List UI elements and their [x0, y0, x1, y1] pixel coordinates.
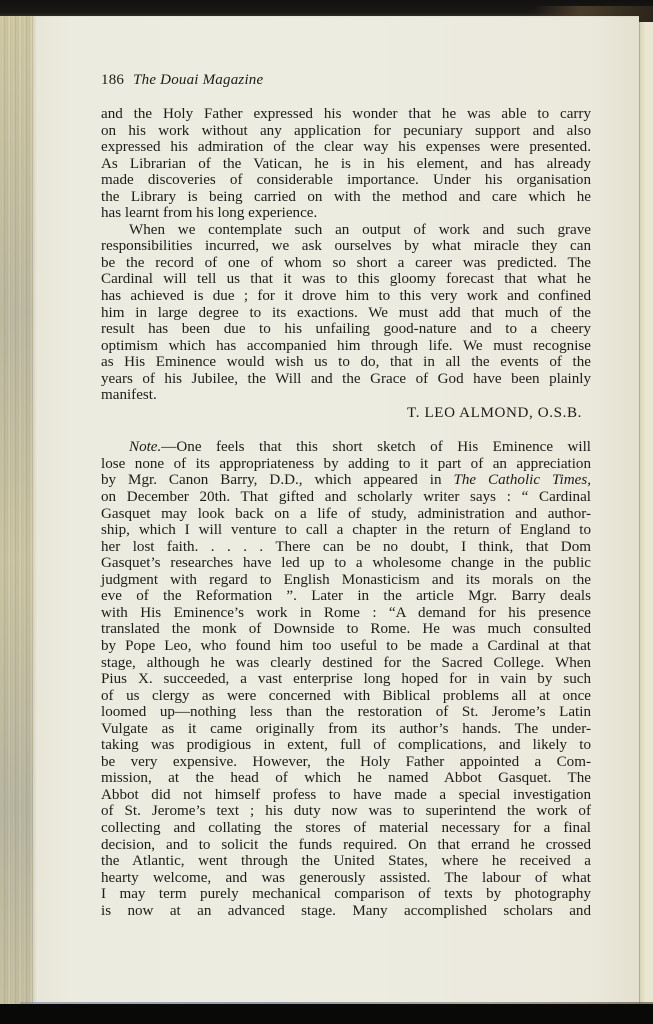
text-line: of St. Jerome’s text ; his duty now was …: [101, 803, 591, 820]
text-line: on his work without any application for …: [101, 123, 591, 140]
page-stack-edges: [0, 16, 34, 1006]
text-line: translated the monk of Downside to Rome.…: [101, 621, 591, 638]
text-line: judgment with regard to English Monastic…: [101, 572, 591, 589]
text-line: result has been due to his unfailing goo…: [101, 321, 591, 338]
book-cover-bottom: [0, 1004, 653, 1024]
text-line: Abbot did not himself profess to have ma…: [101, 787, 591, 804]
text-line: Gasquet may look back on a life of study…: [101, 506, 591, 523]
text-line: made discoveries of considerable importa…: [101, 172, 591, 189]
running-title: The Douai Magazine: [133, 72, 263, 88]
text-line: loomed up—nothing less than the restorat…: [101, 704, 591, 721]
text-line: ship, which I will venture to call a cha…: [101, 522, 591, 539]
text-line: him in large degree to its exactions. We…: [101, 305, 591, 322]
facing-page-edge: [639, 22, 653, 1004]
text-line: optimism which has accompanied him throu…: [101, 338, 591, 355]
text-line: the Atlantic, went through the United St…: [101, 853, 591, 870]
text-line: with His Eminence’s work in Rome : “A de…: [101, 605, 591, 622]
article-body: and the Holy Father expressed his wonder…: [101, 106, 591, 919]
text-line: years of his Jubilee, the Will and the G…: [101, 371, 591, 388]
text-line: Vulgate as it came originally from its a…: [101, 721, 591, 738]
text-line: be the record of one of whom so short a …: [101, 255, 591, 272]
text-line: the Library is being carried on with the…: [101, 189, 591, 206]
text-line: and the Holy Father expressed his wonder…: [101, 106, 591, 123]
section-gap: [101, 421, 591, 439]
note-label: Note.: [129, 439, 161, 455]
text-line: Gasquet’s researches have led up to a wh…: [101, 555, 591, 572]
text-line: collecting and collating the stores of m…: [101, 820, 591, 837]
text-line: I may term purely mechanical comparison …: [101, 886, 591, 903]
text-line: manifest.: [101, 387, 591, 404]
text-line: Pius X. succeeded, a vast enterprise lon…: [101, 671, 591, 688]
publication-title: The Catholic Times,: [453, 472, 591, 488]
text-line: her lost faith. . . . . There can be no …: [101, 539, 591, 556]
text-line: be very expensive. However, the Holy Fat…: [101, 754, 591, 771]
note-first-line: Note.—One feels that this short sketch o…: [101, 439, 591, 456]
text-line: stage, although he was clearly destined …: [101, 655, 591, 672]
running-head: 186The Douai Magazine: [101, 72, 263, 89]
author-signature: T. LEO ALMOND, O.S.B.: [101, 405, 591, 422]
text-line: by Pope Leo, who found him too useful to…: [101, 638, 591, 655]
text-line: expressed his admiration of the clear wa…: [101, 139, 591, 156]
text-line: hearty welcome, and was generously assis…: [101, 870, 591, 887]
text-line: has achieved is due ; for it drove him t…: [101, 288, 591, 305]
text-line: of us clergy as were concerned with Bibl…: [101, 688, 591, 705]
text-line: When we contemplate such an output of wo…: [101, 222, 591, 239]
text-line: has learnt from his long experience.: [101, 205, 591, 222]
text-line: mission, at the head of which he named A…: [101, 770, 591, 787]
text-line: lose none of its appropriateness by addi…: [101, 456, 591, 473]
text-line: Cardinal will tell us that it was to thi…: [101, 271, 591, 288]
text-line: eve of the Reformation ”. Later in the a…: [101, 588, 591, 605]
text-line-with-citation: by Mgr. Canon Barry, D.D., which appeare…: [101, 472, 591, 489]
text-line: is now at an advanced stage. Many accomp…: [101, 903, 591, 920]
text-line: responsibilities incurred, we ask oursel…: [101, 238, 591, 255]
note-text: —One feels that this short sketch of His…: [161, 439, 591, 455]
text-line: taking was prodigious in extent, full of…: [101, 737, 591, 754]
text-line: on December 20th. That gifted and schola…: [101, 489, 591, 506]
page-number: 186: [101, 72, 124, 88]
text-line: As Librarian of the Vatican, he is in hi…: [101, 156, 591, 173]
text-segment: by Mgr. Canon Barry, D.D., which appeare…: [101, 472, 453, 488]
text-line: decision, and to solicit the funds requi…: [101, 837, 591, 854]
text-line: as His Eminence would wish us to do, tha…: [101, 354, 591, 371]
